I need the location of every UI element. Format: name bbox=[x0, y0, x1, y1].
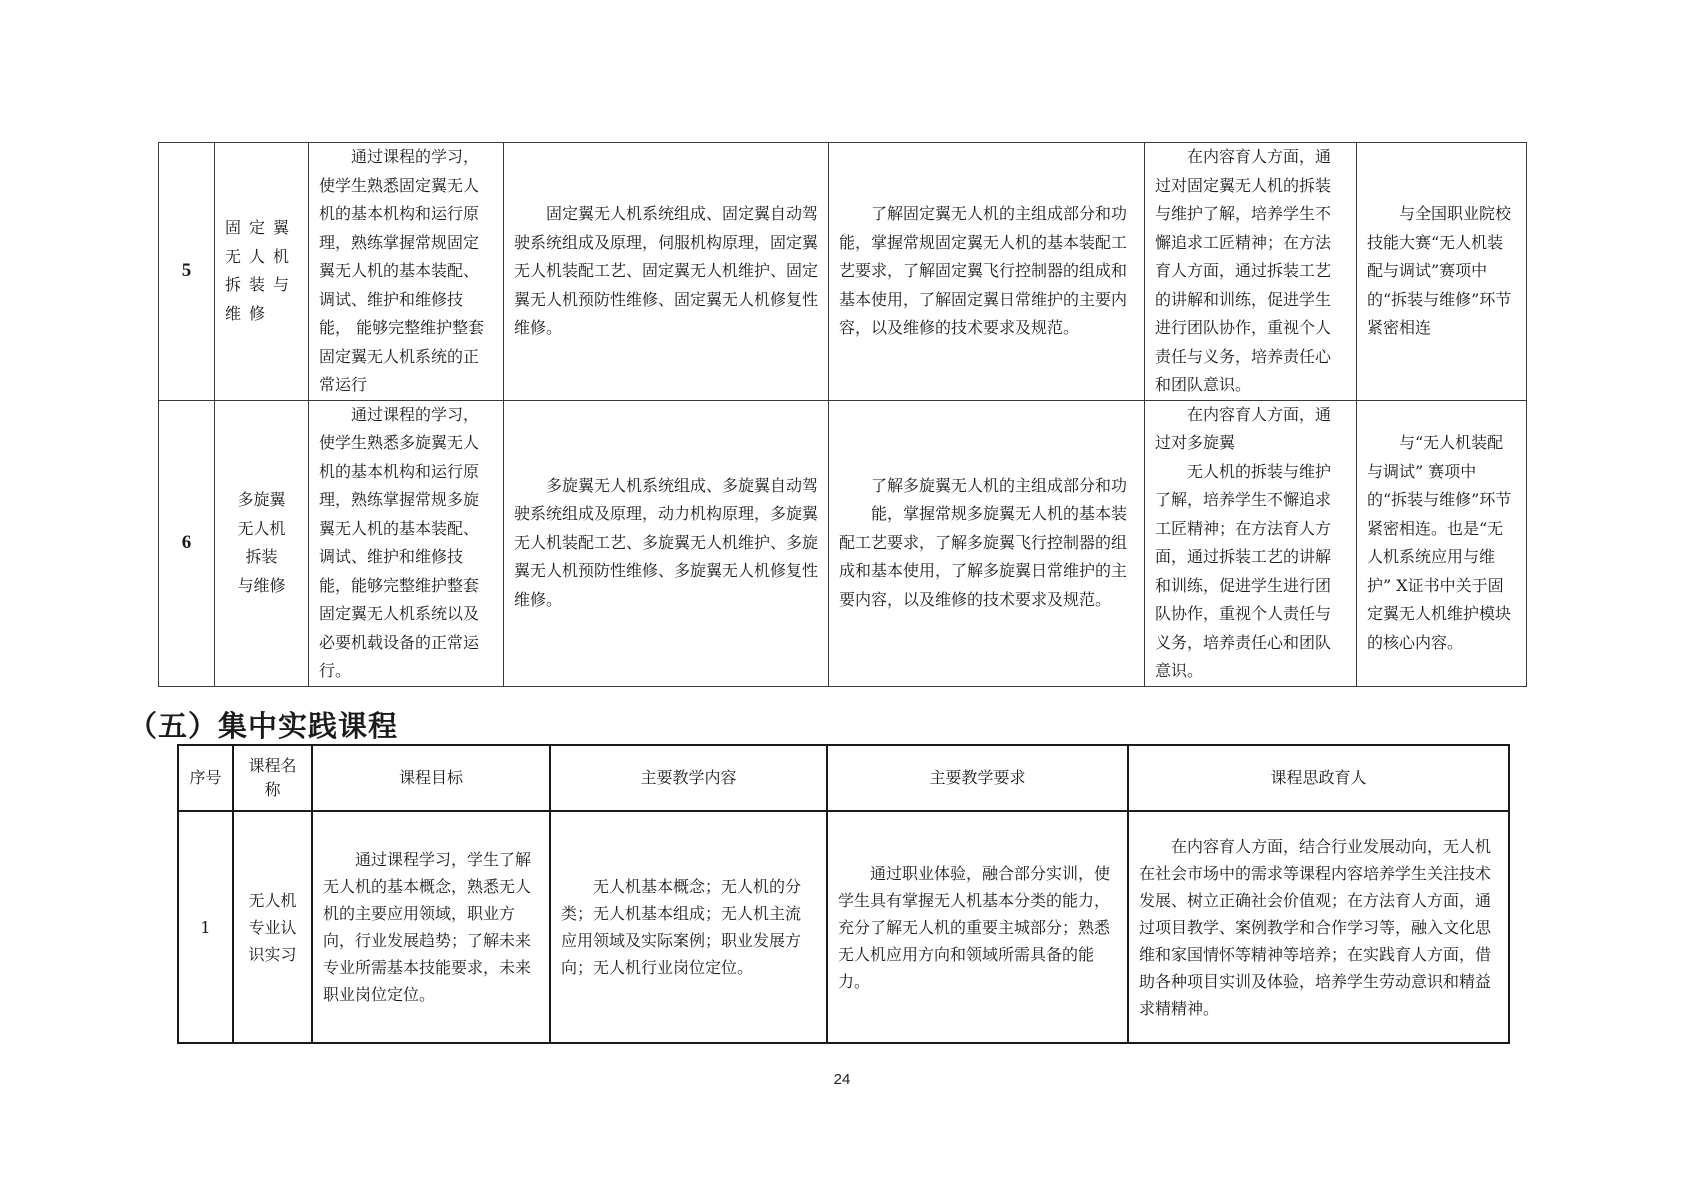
teaching-requirements: 了解固定翼无人机的主组成部分和功能，掌握常规固定翼无人机的基本装配工艺要求，了解… bbox=[829, 143, 1145, 401]
section-heading: （五）集中实践课程 bbox=[128, 704, 398, 745]
course-objective: 通过课程学习，学生了解无人机的基本概念，熟悉无人机的主要应用领域，职业方向，行业… bbox=[312, 811, 550, 1043]
ideology-education: 在内容育人方面，通过对固定翼无人机的拆装与维护了解，培养学生不懈追求工匠精神；在… bbox=[1145, 143, 1357, 401]
header-index: 序号 bbox=[178, 745, 233, 811]
course-table-continued: 5 固定翼无人机拆装与维修 通过课程的学习，使学生熟悉固定翼无人机的基本机构和运… bbox=[158, 142, 1527, 687]
ideology-education: 在内容育人方面，通过对多旋翼 无人机的拆装与维护了解，培养学生不懈追求工匠精神；… bbox=[1145, 400, 1357, 686]
course-objective: 通过课程的学习，使学生熟悉固定翼无人机的基本机构和运行原理，熟练掌握常规固定翼无… bbox=[309, 143, 504, 401]
teaching-requirements: 了解多旋翼无人机的主组成部分和功 能，掌握常规多旋翼无人机的基本装配工艺要求，了… bbox=[829, 400, 1145, 686]
paragraph: 在内容育人方面，通过对多旋翼 bbox=[1155, 401, 1346, 458]
header-content: 主要教学内容 bbox=[550, 745, 827, 811]
course-name: 多旋翼 无人机 拆装 与维修 bbox=[215, 400, 309, 686]
paragraph: 无人机的拆装与维护了解，培养学生不懈追求工匠精神；在方法育人方面，通过拆装工艺的… bbox=[1155, 458, 1346, 686]
course-name: 固定翼无人机拆装与维修 bbox=[215, 143, 309, 401]
row-index: 6 bbox=[159, 400, 215, 686]
header-course-name: 课程名称 bbox=[233, 745, 312, 811]
competition-link: 与全国职业院校技能大赛“无人机装配与调试”赛项中的“拆装与维修”环节紧密相连 bbox=[1357, 143, 1527, 401]
teaching-content: 多旋翼无人机系统组成、多旋翼自动驾驶系统组成及原理，动力机构原理，多旋翼无人机装… bbox=[504, 400, 829, 686]
row-index: 5 bbox=[159, 143, 215, 401]
header-objective: 课程目标 bbox=[312, 745, 550, 811]
teaching-requirements: 通过职业体验，融合部分实训，使学生具有掌握无人机基本分类的能力，充分了解无人机的… bbox=[827, 811, 1128, 1043]
ideology-education: 在内容育人方面，结合行业发展动向，无人机在社会市场中的需求等课程内容培养学生关注… bbox=[1128, 811, 1509, 1043]
row-index: 1 bbox=[178, 811, 233, 1043]
table-row: 1 无人机专业认识实习 通过课程学习，学生了解无人机的基本概念，熟悉无人机的主要… bbox=[178, 811, 1509, 1043]
course-name: 无人机专业认识实习 bbox=[233, 811, 312, 1043]
teaching-content: 固定翼无人机系统组成、固定翼自动驾驶系统组成及原理，伺服机构原理，固定翼无人机装… bbox=[504, 143, 829, 401]
course-name-line: 无人机 bbox=[225, 515, 298, 544]
teaching-content: 无人机基本概念；无人机的分类；无人机基本组成；无人机主流应用领域及实际案例；职业… bbox=[550, 811, 827, 1043]
course-objective: 通过课程的学习，使学生熟悉多旋翼无人机的基本机构和运行原理，熟练掌握常规多旋翼无… bbox=[309, 400, 504, 686]
course-name-line: 多旋翼 bbox=[225, 486, 298, 515]
course-name-line: 与维修 bbox=[225, 572, 298, 601]
paragraph: 能，掌握常规多旋翼无人机的基本装配工艺要求，了解多旋翼飞行控制器的组成和基本使用… bbox=[839, 500, 1134, 614]
course-name-line: 拆装 bbox=[225, 543, 298, 572]
paragraph: 了解多旋翼无人机的主组成部分和功 bbox=[839, 472, 1134, 501]
header-requirements: 主要教学要求 bbox=[827, 745, 1128, 811]
practice-course-table: 序号 课程名称 课程目标 主要教学内容 主要教学要求 课程思政育人 1 无人机专… bbox=[177, 744, 1510, 1044]
header-ideology: 课程思政育人 bbox=[1128, 745, 1509, 811]
table-header-row: 序号 课程名称 课程目标 主要教学内容 主要教学要求 课程思政育人 bbox=[178, 745, 1509, 811]
table-row: 5 固定翼无人机拆装与维修 通过课程的学习，使学生熟悉固定翼无人机的基本机构和运… bbox=[159, 143, 1527, 401]
table-row: 6 多旋翼 无人机 拆装 与维修 通过课程的学习，使学生熟悉多旋翼无人机的基本机… bbox=[159, 400, 1527, 686]
competition-link: 与“无人机装配与调试” 赛项中的“拆装与维修”环节紧密相连。也是“无人机系统应用… bbox=[1357, 400, 1527, 686]
page-number: 24 bbox=[0, 1071, 1684, 1088]
